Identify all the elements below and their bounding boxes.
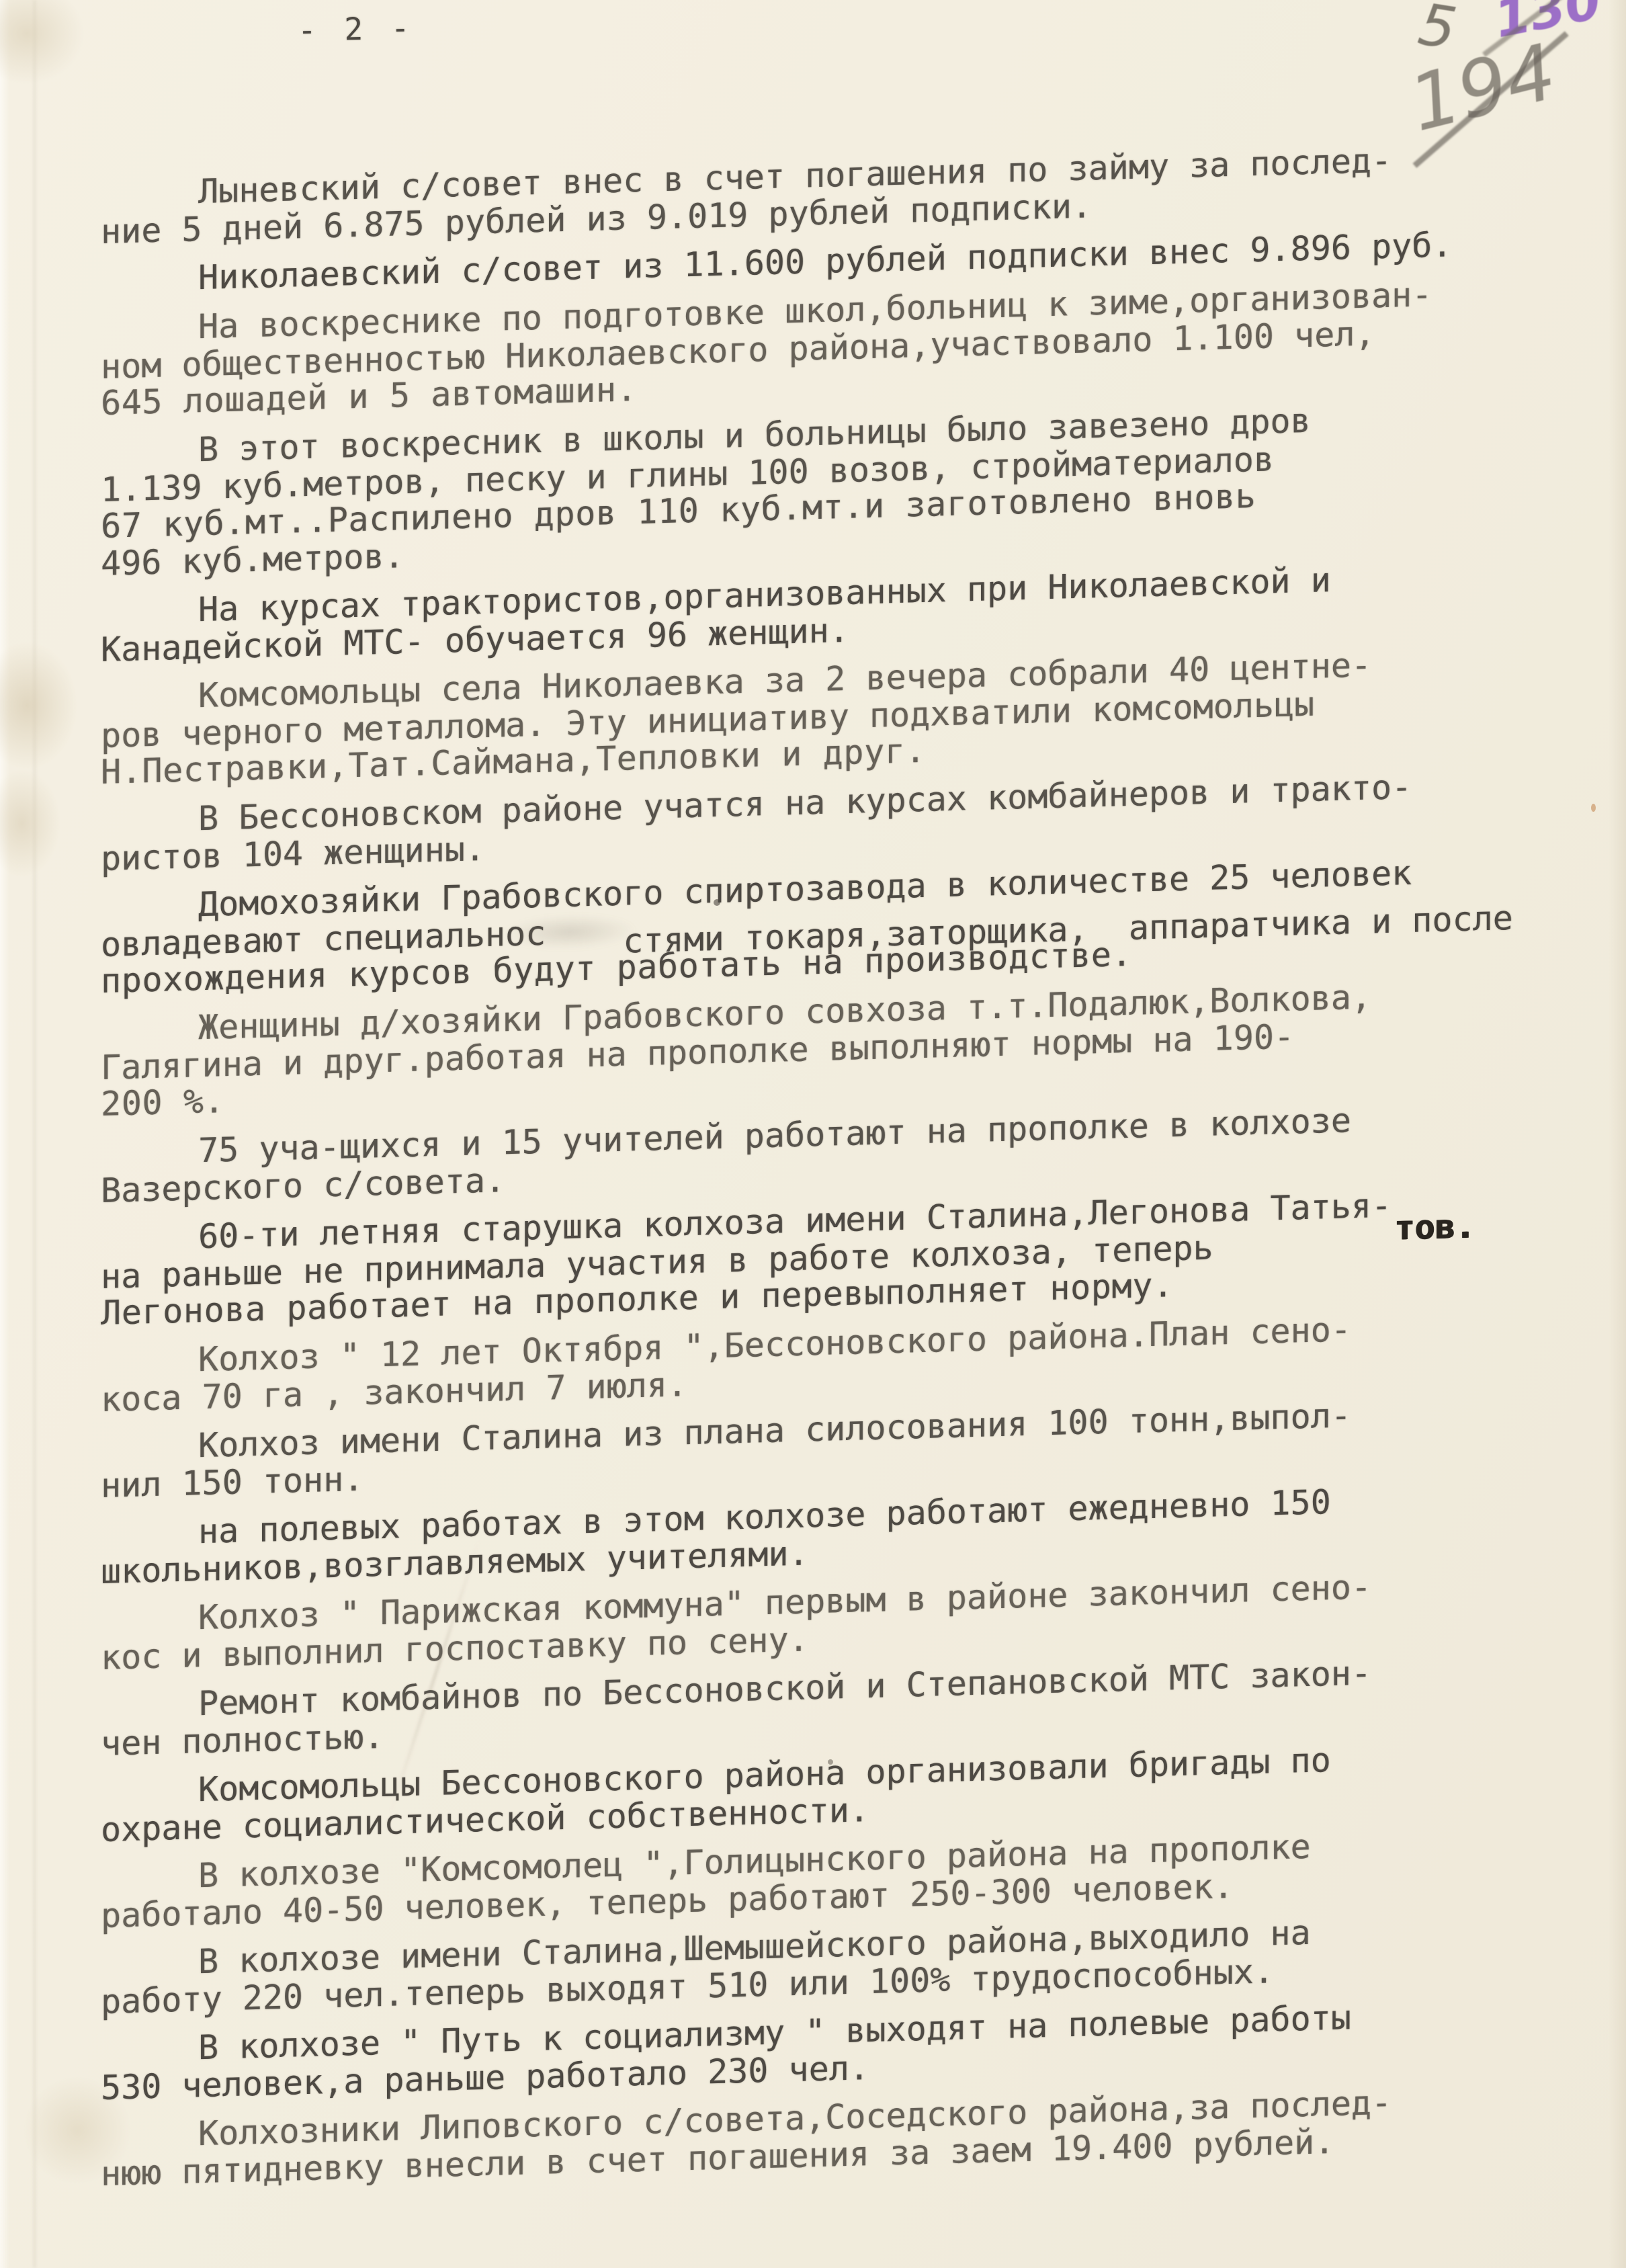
typed-insert-tov: тов.: [1394, 1208, 1475, 1247]
page-number: - 2 -: [297, 9, 415, 48]
paragraph: В этот воскресник в школы и больницы был…: [101, 396, 1559, 582]
paper-stain: [0, 0, 84, 84]
typed-block: Лыневский с/совет внес в счет погашения …: [101, 138, 1559, 2204]
paragraph: На воскреснике по подготовке школ,больни…: [101, 273, 1559, 422]
document-page: - 2 - 5 130 194 Лыневский с/совет внес в…: [0, 0, 1626, 2268]
paper-stain: [0, 769, 60, 877]
paper-stain: [0, 642, 77, 769]
paper-fiber: [1591, 804, 1596, 812]
scan-crease: [34, 0, 36, 2268]
